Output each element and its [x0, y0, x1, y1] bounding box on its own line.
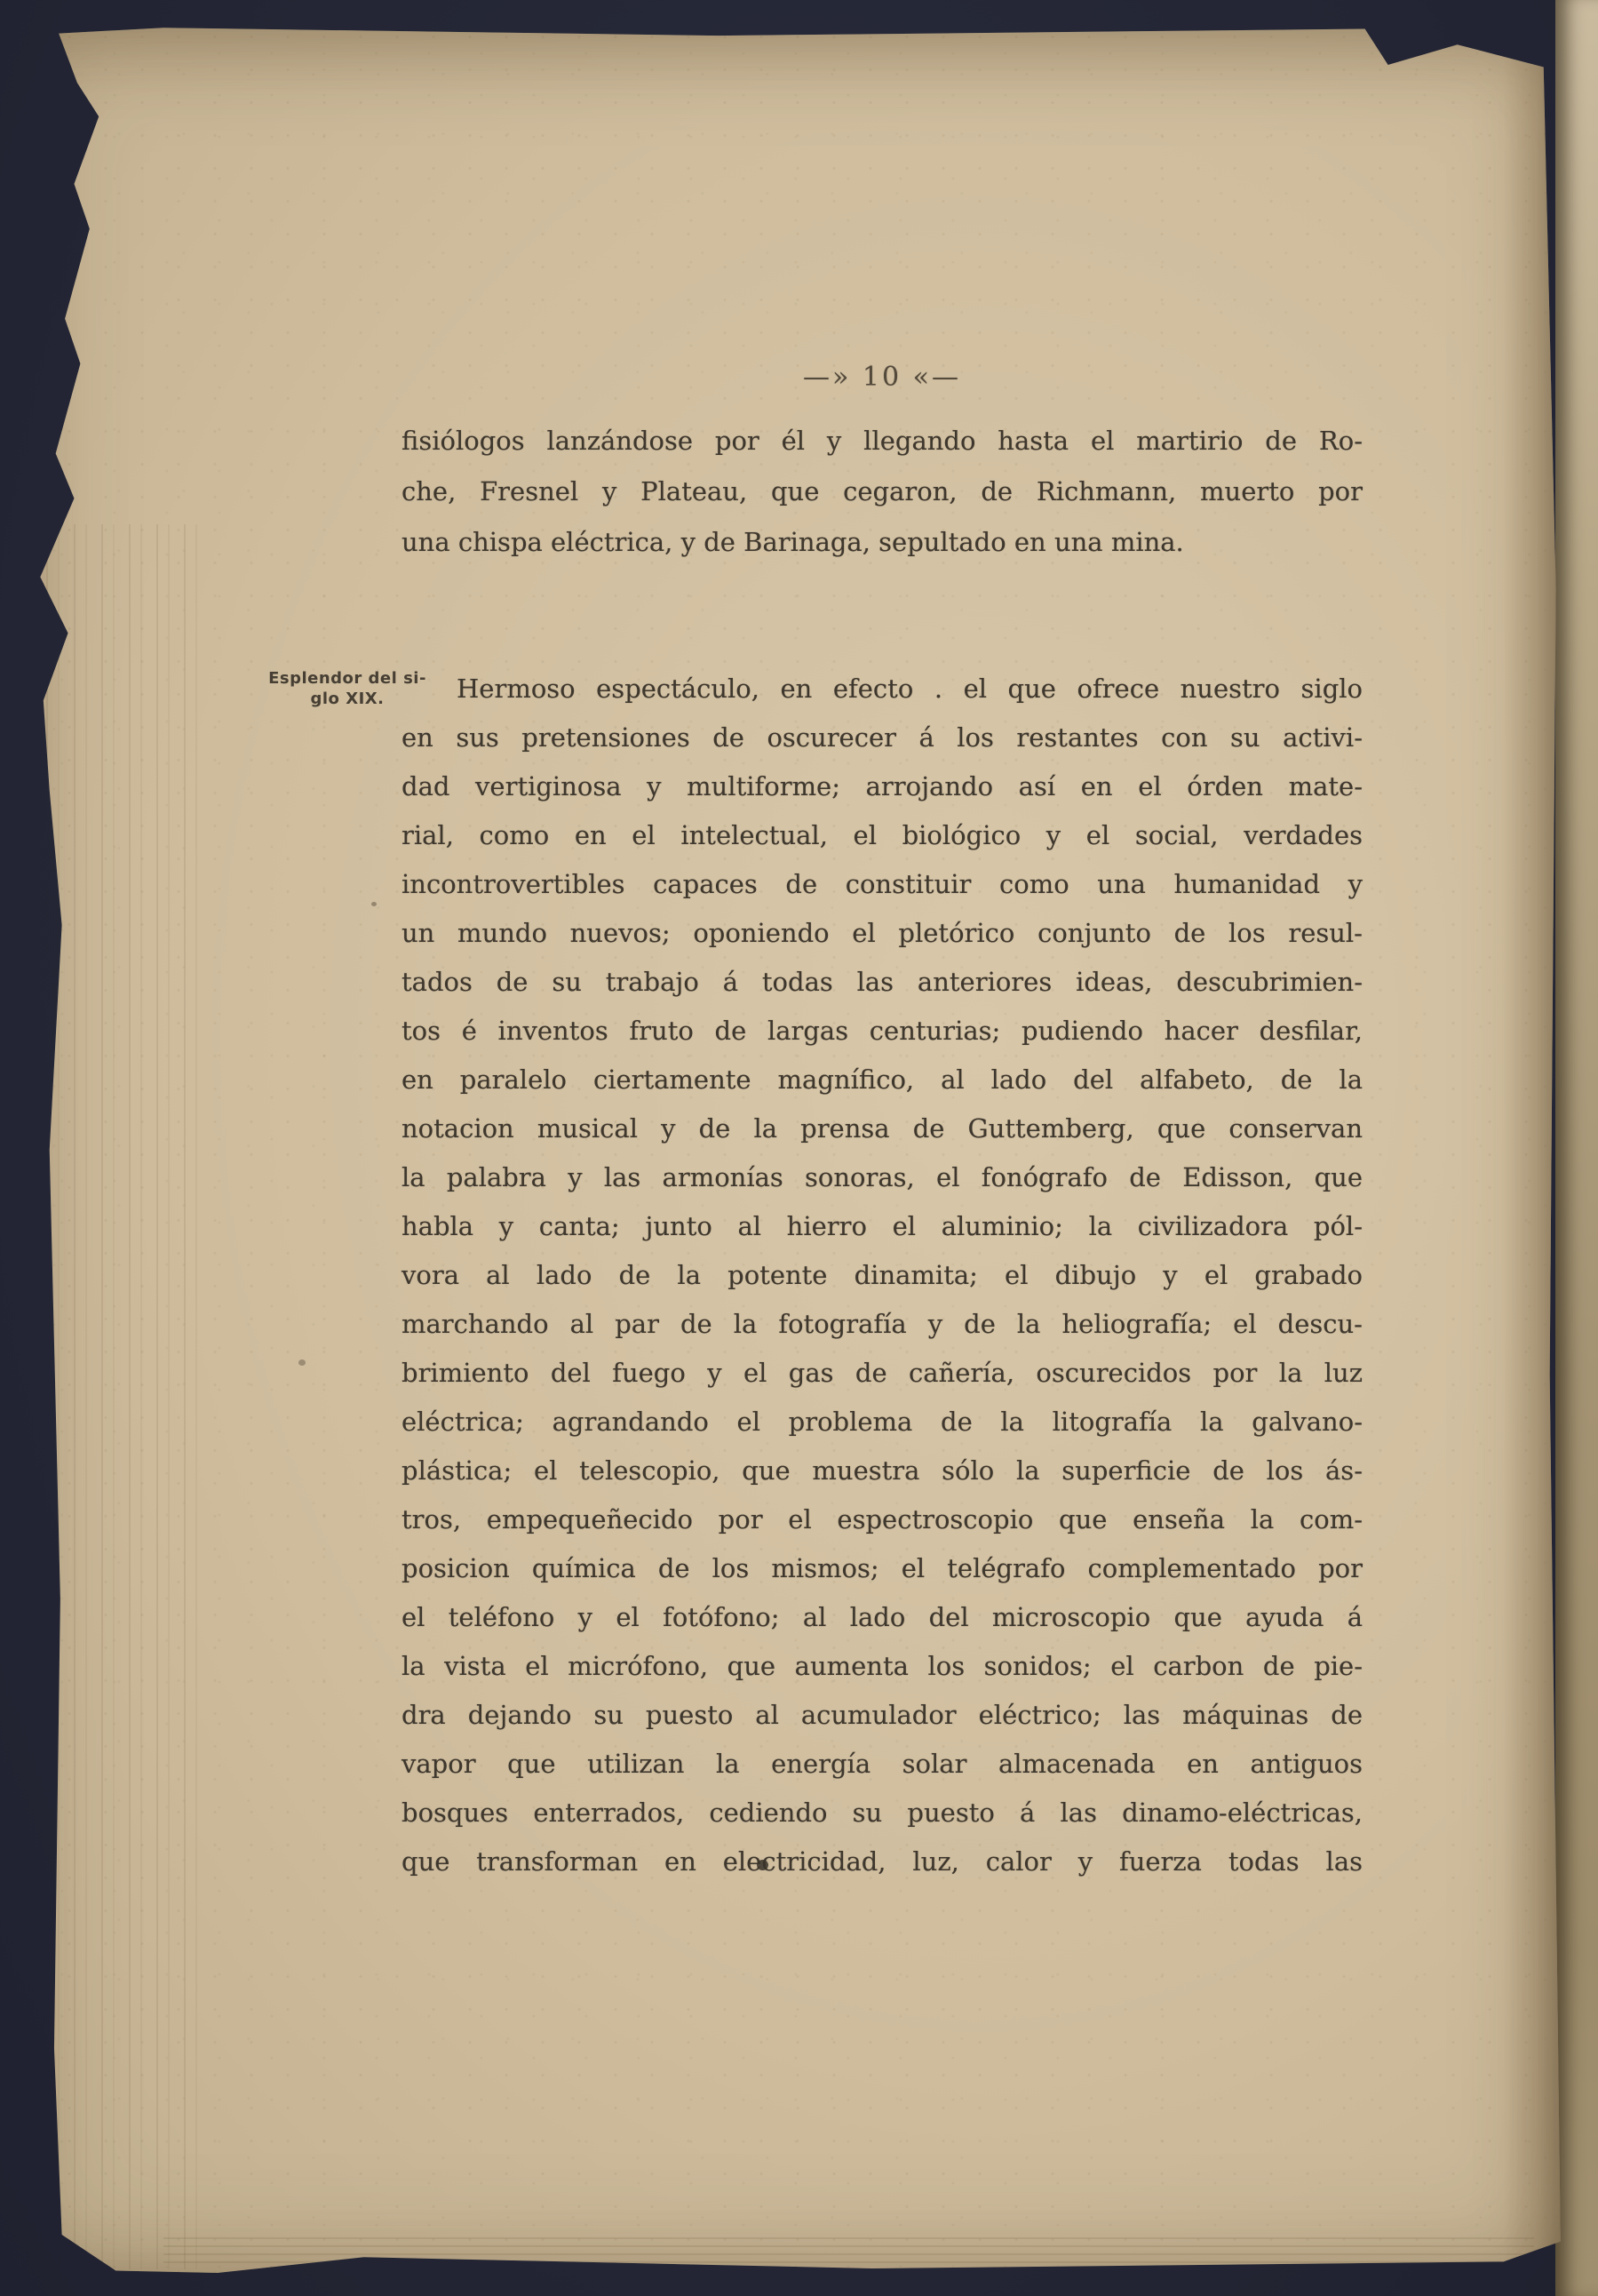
text-line: brimiento del fuego y el gas de cañería,…: [401, 1349, 1363, 1398]
text-line: tos é inventos fruto de largas centurias…: [401, 1007, 1363, 1056]
adjacent-page-edge: [1555, 0, 1598, 2296]
page-number: —» 10 «—: [401, 360, 1363, 395]
text-line: incontrovertibles capaces de constituir …: [401, 860, 1363, 909]
paper-speck: [298, 1359, 306, 1366]
text-line: notacion musical y de la prensa de Gutte…: [401, 1104, 1363, 1153]
text-line: en paralelo ciertamente magnífico, al la…: [401, 1056, 1363, 1104]
text-line: una chispa eléctrica, y de Barinaga, sep…: [401, 517, 1363, 568]
text-line: habla y canta; junto al hierro el alumin…: [401, 1202, 1363, 1251]
text-line: marchando al par de la fotografía y de l…: [401, 1300, 1363, 1349]
text-line: en sus pretensiones de oscurecer á los r…: [401, 714, 1363, 762]
text-line: la palabra y las armonías sonoras, el fo…: [401, 1153, 1363, 1202]
page-stack-edges: [46, 524, 197, 2269]
text-line: Hermoso espectáculo, en efecto . el que …: [401, 665, 1363, 714]
text-line: posicion química de los mismos; el telég…: [401, 1544, 1363, 1593]
ink-dot: [757, 1860, 768, 1870]
text-line: fisiólogos lanzándose por él y llegando …: [401, 416, 1363, 466]
text-line: bosques enterrados, cediendo su puesto á…: [401, 1789, 1363, 1838]
scanned-book-page: Esplendor del si- glo XIX. —» 10 «— fisi…: [25, 27, 1565, 2273]
text-line: tros, empequeñecido por el espectroscopi…: [401, 1495, 1363, 1544]
text-line: che, Fresnel y Plateau, que cegaron, de …: [401, 466, 1363, 517]
text-line: vapor que utilizan la energía solar alma…: [401, 1740, 1363, 1789]
paper-speck: [371, 902, 377, 906]
text-line: dra dejando su puesto al acumulador eléc…: [401, 1691, 1363, 1740]
page-bottom-edges: [163, 2237, 1534, 2269]
paragraph-main: Hermoso espectáculo, en efecto . el que …: [401, 665, 1363, 1886]
photo-background: Esplendor del si- glo XIX. —» 10 «— fisi…: [0, 0, 1598, 2296]
paragraph-continuation: fisiólogos lanzándose por él y llegando …: [401, 416, 1363, 568]
text-line: que transforman en electricidad, luz, ca…: [401, 1838, 1363, 1886]
text-line: eléctrica; agrandando el problema de la …: [401, 1398, 1363, 1447]
text-block: —» 10 «— fisiólogos lanzándose por él y …: [401, 360, 1363, 1886]
text-line: vora al lado de la potente dinamita; el …: [401, 1251, 1363, 1300]
text-line: la vista el micrófono, que aumenta los s…: [401, 1642, 1363, 1691]
text-line: rial, como en el intelectual, el biológi…: [401, 811, 1363, 860]
text-line: tados de su trabajo á todas las anterior…: [401, 958, 1363, 1007]
text-line: el teléfono y el fotófono; al lado del m…: [401, 1593, 1363, 1642]
text-line: dad vertiginosa y multiforme; arrojando …: [401, 762, 1363, 811]
text-line: plástica; el telescopio, que muestra sól…: [401, 1447, 1363, 1495]
text-line: un mundo nuevos; oponiendo el pletórico …: [401, 909, 1363, 958]
